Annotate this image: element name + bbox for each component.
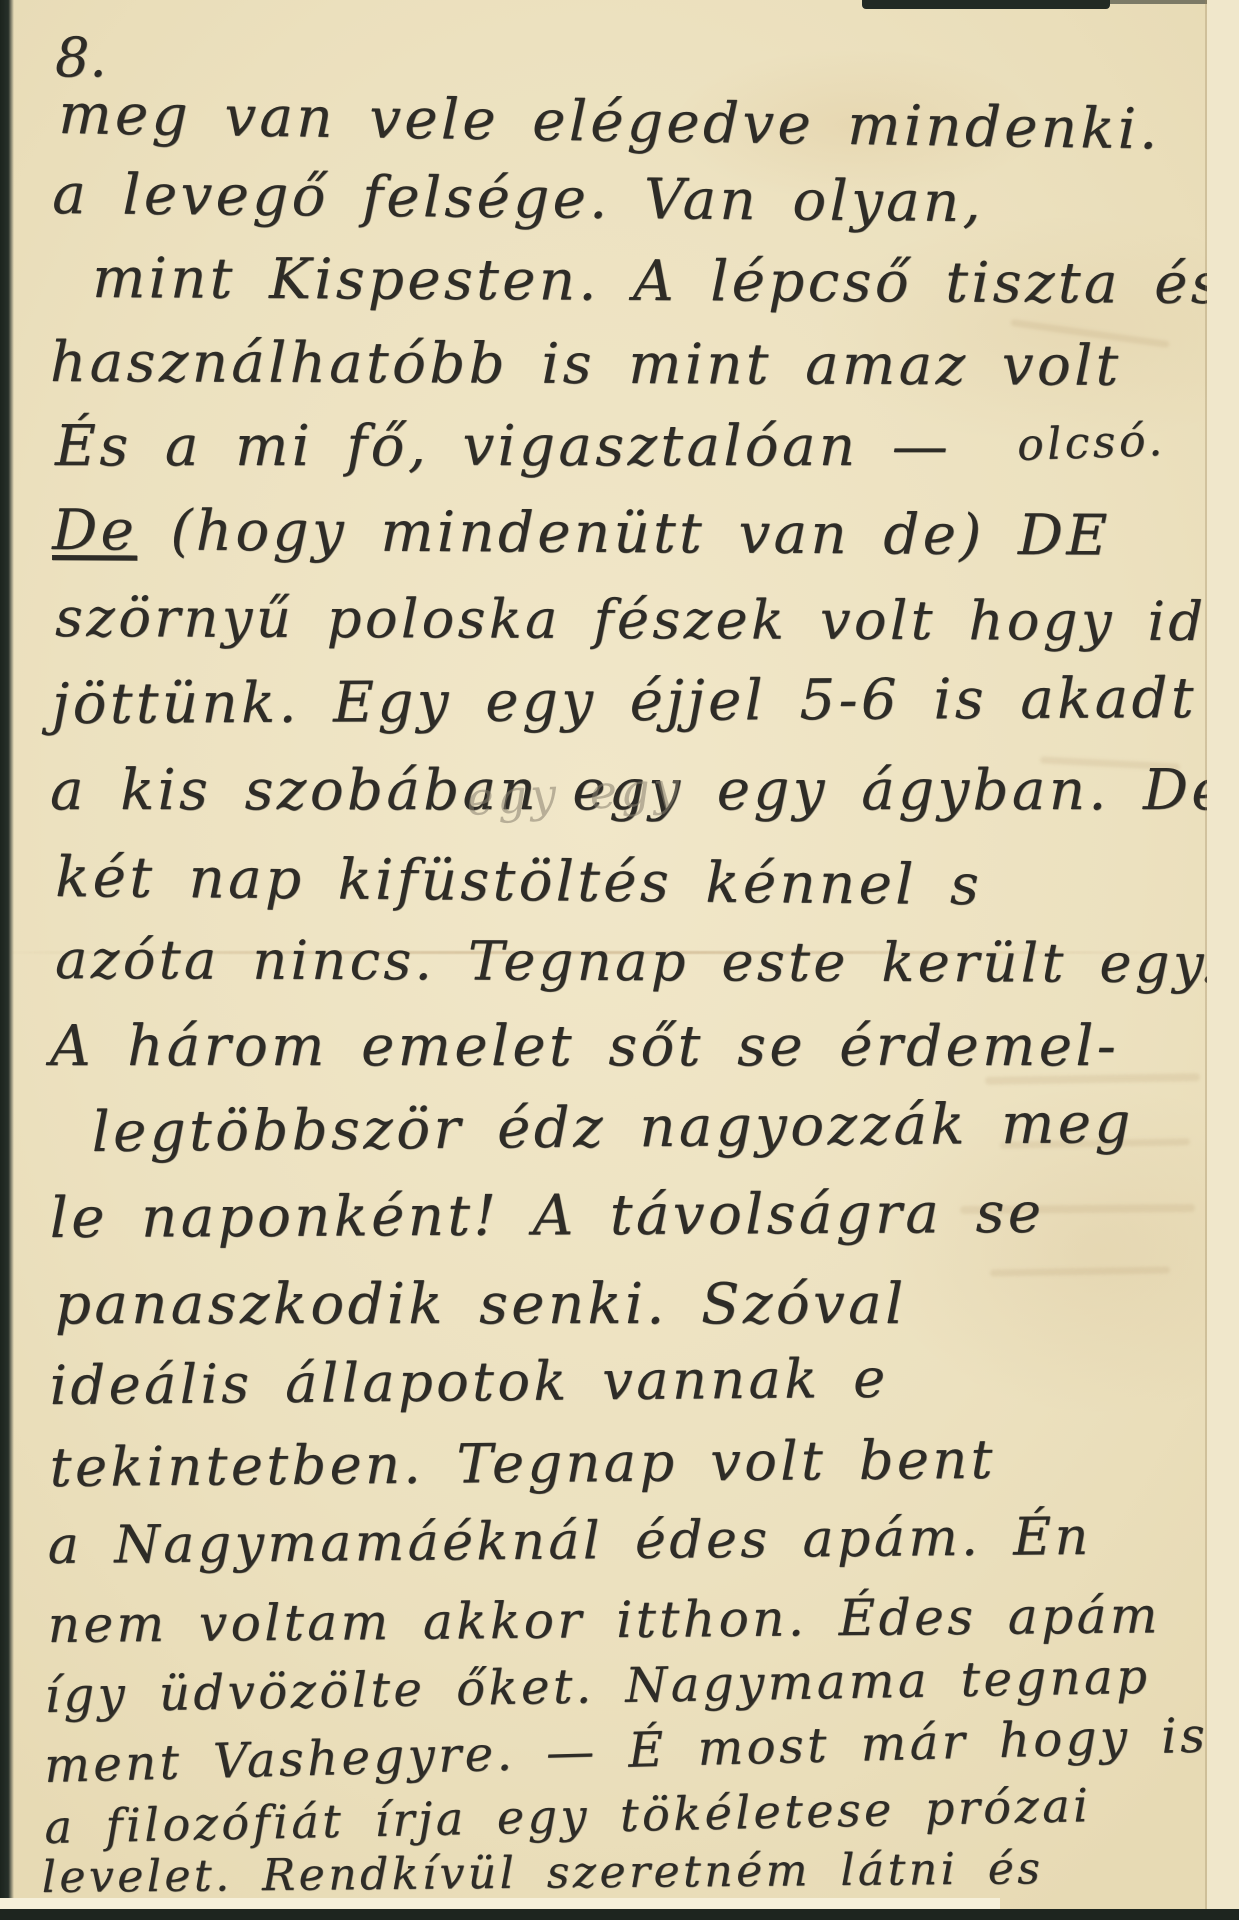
- line-text: két nap kifüstöltés kénnel s: [55, 845, 983, 918]
- handwritten-line: nem voltam akkor itthon. Édes apám: [47, 1586, 1161, 1654]
- handwritten-line: De (hogy mindenütt van de) DE: [52, 498, 1111, 569]
- handwritten-line: legtöbbször édz nagyozzák meg: [91, 1091, 1134, 1165]
- page-edge-bottom: [0, 1909, 1239, 1920]
- page-number: 8.: [55, 26, 107, 89]
- handwritten-line: levelet. Rendkívül szeretném látni és: [42, 1843, 1044, 1903]
- line-text: A három emelet sőt se érdemel-: [50, 1014, 1119, 1079]
- handwritten-line: És a mi fő, vigasztalóan —: [55, 414, 951, 479]
- line-text: panaszkodik senki. Szóval: [55, 1272, 906, 1337]
- handwritten-line: a Nagymamáéknál édes apám. Én: [47, 1507, 1091, 1576]
- handwritten-line: mint Kispesten. A lépcső tiszta és: [92, 246, 1223, 317]
- line-text: És a mi fő, vigasztalóan —: [55, 414, 951, 479]
- page-edge-top: [862, 0, 1110, 9]
- line-text: azóta nincs. Tegnap este került egy.: [55, 928, 1221, 995]
- handwritten-line: le naponként! A távolságra se: [50, 1181, 1045, 1251]
- handwritten-line: használhatóbb is mint amaz volt: [50, 330, 1122, 399]
- line-text: jöttünk. Egy egy éjjel 5-6 is akadt: [52, 666, 1197, 737]
- underlined-word: De: [52, 498, 137, 563]
- line-text: a Nagymamáéknál édes apám. Én: [47, 1507, 1091, 1576]
- handwritten-line: a levegő felsége. Van olyan,: [52, 162, 984, 235]
- handwritten-line: szörnyű poloska fészek volt hogy ide: [55, 586, 1239, 653]
- line-text: olcsó.: [1016, 415, 1166, 471]
- line-text: (hogy mindenütt van de) DE: [137, 498, 1111, 568]
- page-edge-left: [0, 0, 14, 1920]
- handwritten-line: A három emelet sőt se érdemel-: [50, 1014, 1119, 1079]
- scanned-letter-page: { "page": { "number_label": "8.", "langu…: [0, 0, 1239, 1920]
- handwritten-line: azóta nincs. Tegnap este került egy.: [55, 928, 1221, 995]
- line-text: egy egy: [465, 761, 684, 826]
- handwritten-line: két nap kifüstöltés kénnel s: [55, 845, 983, 918]
- handwritten-line: panaszkodik senki. Szóval: [55, 1272, 906, 1337]
- handwritten-line: olcsó.: [1016, 415, 1166, 471]
- line-text: legtöbbször édz nagyozzák meg: [91, 1091, 1134, 1165]
- line-text: használhatóbb is mint amaz volt: [50, 330, 1122, 399]
- line-text: mint Kispesten. A lépcső tiszta és: [92, 246, 1223, 317]
- line-text: szörnyű poloska fészek volt hogy ide: [55, 586, 1239, 653]
- handwritten-line: ideális állapotok vannak e: [49, 1347, 888, 1417]
- line-text: le naponként! A távolságra se: [50, 1181, 1045, 1251]
- handwritten-line: tekintetben. Tegnap volt bent: [49, 1428, 996, 1499]
- line-text: levelet. Rendkívül szeretném látni és: [42, 1843, 1044, 1903]
- pencil-ghost-word: egy egy: [465, 761, 684, 826]
- handwritten-line: jöttünk. Egy egy éjjel 5-6 is akadt: [52, 666, 1197, 737]
- line-text: nem voltam akkor itthon. Édes apám: [47, 1586, 1161, 1654]
- line-text: a levegő felsége. Van olyan,: [52, 162, 984, 235]
- page-edge-right: [1205, 0, 1239, 1920]
- line-text: ideális állapotok vannak e: [49, 1347, 888, 1417]
- line-text: tekintetben. Tegnap volt bent: [49, 1428, 996, 1499]
